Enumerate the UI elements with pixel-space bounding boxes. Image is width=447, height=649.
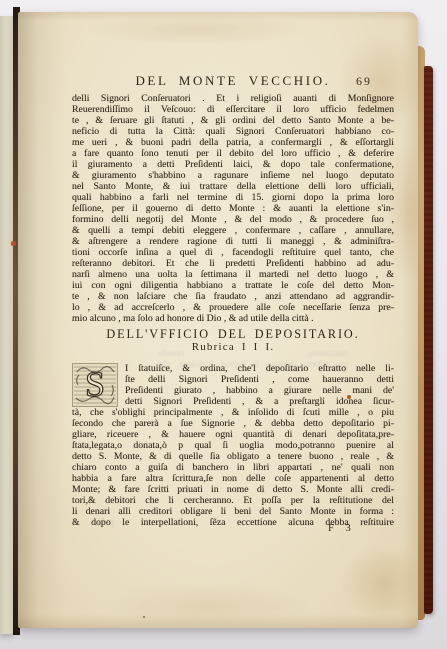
section-heading: DELL'VFFICIO DEL DEPOSITARIO. <box>72 327 394 342</box>
text-line: tioni occorſe inſina a quel dì , facendo… <box>72 247 394 258</box>
woodcut-initial-art: S <box>72 363 118 407</box>
book-page: DEL MONTE VECCHIO. 69 delli Signori Conſ… <box>18 12 418 628</box>
text-line: li denari alli creditori obligare li ben… <box>72 506 394 517</box>
photo-backdrop: DEL MONTE VECCHIO. 69 delli Signori Conſ… <box>0 0 447 649</box>
paragraph-1: delli Signori Conſeruatori . Et i religi… <box>72 93 394 324</box>
dust-speck <box>143 616 145 618</box>
text-line: nel Santo Monte, & iui trattare della el… <box>72 181 394 192</box>
text-line: tà, che s'oblighi principalmente , & inſ… <box>72 407 394 418</box>
text-line: matamente, rimoſſo <box>158 348 348 359</box>
fore-edge-red-strip <box>424 66 433 614</box>
text-line: Monte; & fare ſcritti priuati in nome di… <box>72 484 394 495</box>
text-line: formino delli negotij del Monte , & del … <box>72 214 394 225</box>
text-line: ſte delli Signori Preſidenti , come haue… <box>72 374 394 385</box>
text-line: lo , & ad accreſcerlo , & prouedere alle… <box>72 302 394 313</box>
text-line: & aſtrengere a rendere ragione di tutti … <box>72 236 394 247</box>
text-line: chiaro conto a guiſa di banchero in libr… <box>72 462 394 473</box>
foxing-stain <box>340 544 430 622</box>
text-line: il giuramento a detti Preſidenti laici, … <box>72 159 394 170</box>
text-line: reſteranno debitori. Et che li predetti … <box>72 258 394 269</box>
text-line: narſi almeno una uolta la ſettimana il m… <box>72 269 394 280</box>
text-line: Reuerendiſſimo il Veſcouo: di eſſercitar… <box>72 104 394 115</box>
text-line: tori,& debitori che li cercheranno. Et p… <box>72 495 394 506</box>
text-line: mio alcuno , ma ſolo ad honore di Dio , … <box>72 313 394 324</box>
text-line: delli Signori Conſeruatori . Et i religi… <box>72 93 394 104</box>
text-line: & quelli a tempi debiti eleggere , confe… <box>72 225 394 236</box>
page-number: 69 <box>356 74 372 89</box>
text-line: quali habbino a farli nel termine di 15.… <box>72 192 394 203</box>
wormhole-speck <box>11 241 16 246</box>
header-title: DEL MONTE VECCHIO. <box>135 73 330 88</box>
initial-letter: S <box>85 364 105 404</box>
foxing-stain <box>88 14 308 44</box>
verso-showthrough-text: matamente, rimoſſocon riſpetto debbano l… <box>158 348 348 370</box>
antique-book: DEL MONTE VECCHIO. 69 delli Signori Conſ… <box>0 0 447 649</box>
text-line: habbia a fare altra ſcrittura,ſe non del… <box>72 473 394 484</box>
text-line: ſeſſione, per il gouerno di detto Monte … <box>72 203 394 214</box>
text-line: & giuramento s'habbino a ragunare inſiem… <box>72 170 394 181</box>
text-line: te , & ſeruare gli ſtatuti , & gli ordin… <box>72 115 394 126</box>
paragraph-2: S I ſtatuiſce, & ordina, che'l depoſitar… <box>72 363 394 528</box>
verso-showthrough-word: pelo, <box>70 517 114 529</box>
signature-mark: F 3 <box>72 523 394 534</box>
text-line: gliare, riceuere , & hauere ogni quantit… <box>72 429 394 440</box>
foxing-stain <box>108 584 308 628</box>
running-header: DEL MONTE VECCHIO. 69 <box>72 73 394 89</box>
text-line: te , & non laſciare che ſia fraudato , a… <box>72 291 394 302</box>
text-line: a fare quanto ſono tenuti per il debito … <box>72 148 394 159</box>
text-line: ſecondo che parerà a ſue Signorie , & de… <box>72 418 394 429</box>
text-line: detti Signori Preſidenti , & a preſtargl… <box>72 396 394 407</box>
text-line: detto S. Monte, & di quelle ſia obligato… <box>72 451 394 462</box>
text-line: Preſidenti giurato , habbino a giurare n… <box>72 385 394 396</box>
text-line: neficio di tutta la Città: quali Signori… <box>72 126 394 137</box>
text-line: con riſpetto debbano li Signori Preſiden… <box>158 359 348 370</box>
text-line: me ueri , & buoni padri della patria, a … <box>72 137 394 148</box>
woodcut-initial-capital: S <box>72 363 118 407</box>
text-line: iui con ogni diligentia habbiano a tratt… <box>72 280 394 291</box>
text-line: ſtata,legata,o donata,ò p qual ſi uoglia… <box>72 440 394 451</box>
left-cover-edge <box>0 16 14 634</box>
